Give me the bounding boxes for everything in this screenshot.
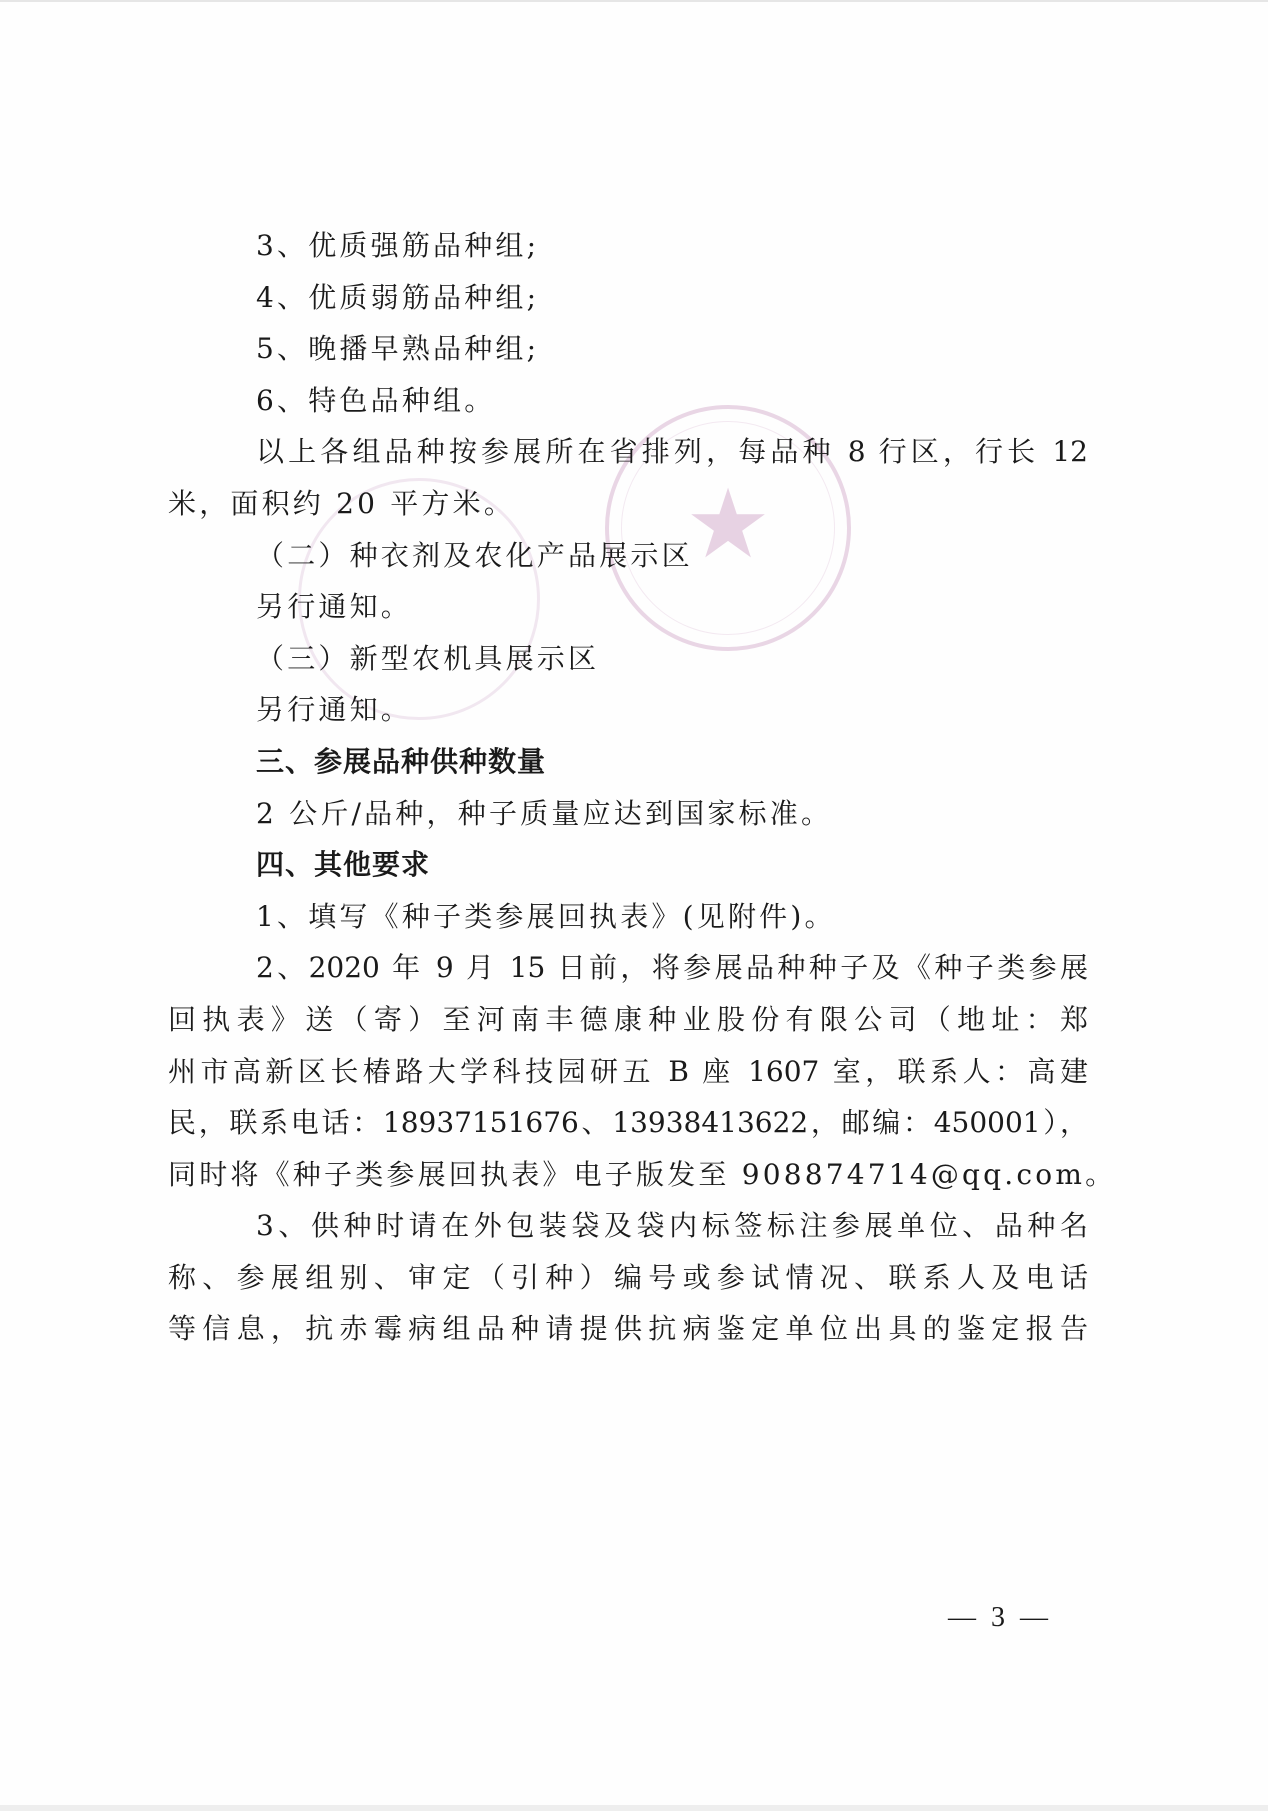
document-page: ★ 3、优质强筋品种组; 4、优质弱筋品种组; 5、晚播早熟品种组; 6、特色品… bbox=[0, 0, 1268, 1811]
page-number: — 3 — bbox=[948, 1598, 1052, 1638]
paragraph-line: 等信息，抗赤霉病组品种请提供抗病鉴定单位出具的鉴定报告 bbox=[168, 1303, 1088, 1355]
paragraph-line: 以上各组品种按参展所在省排列，每品种 8 行区，行长 12 bbox=[168, 426, 1088, 478]
paragraph-line: 回执表》送（寄）至河南丰德康种业股份有限公司（地址：郑 bbox=[168, 994, 1088, 1046]
paragraph-line: 民，联系电话：18937151676、13938413622，邮编：450001… bbox=[168, 1097, 1088, 1149]
list-item-group-3: 3、优质强筋品种组; bbox=[168, 220, 1088, 272]
paragraph-line: 3、供种时请在外包装袋及袋内标签标注参展单位、品种名 bbox=[168, 1200, 1088, 1252]
paragraph-line: 米，面积约 20 平方米。 bbox=[168, 478, 1088, 530]
paragraph-line: 称、参展组别、审定（引种）编号或参试情况、联系人及电话 bbox=[168, 1252, 1088, 1304]
scan-top-edge bbox=[0, 0, 1268, 2]
scan-bottom-edge bbox=[0, 1805, 1268, 1811]
paragraph-line: 2 公斤/品种，种子质量应达到国家标准。 bbox=[168, 788, 1088, 840]
subsection-title-seed-coating: （二）种衣剂及农化产品展示区 bbox=[168, 530, 1088, 582]
paragraph-line: 另行通知。 bbox=[168, 684, 1088, 736]
section-heading-other-requirements: 四、其他要求 bbox=[168, 839, 1088, 891]
section-heading-seed-quantity: 三、参展品种供种数量 bbox=[168, 736, 1088, 788]
paragraph-line-email: 同时将《种子类参展回执表》电子版发至 908874714@qq.com。 bbox=[168, 1149, 1088, 1201]
subsection-title-machinery: （三）新型农机具展示区 bbox=[168, 633, 1088, 685]
list-item-group-6: 6、特色品种组。 bbox=[168, 375, 1088, 427]
paragraph-line: 州市高新区长椿路大学科技园研五 B 座 1607 室，联系人：高建 bbox=[168, 1046, 1088, 1098]
paragraph-line: 1、填写《种子类参展回执表》(见附件)。 bbox=[168, 891, 1088, 943]
document-body: 3、优质强筋品种组; 4、优质弱筋品种组; 5、晚播早熟品种组; 6、特色品种组… bbox=[168, 220, 1088, 1355]
list-item-group-5: 5、晚播早熟品种组; bbox=[168, 323, 1088, 375]
paragraph-line: 2、2020 年 9 月 15 日前，将参展品种种子及《种子类参展 bbox=[168, 942, 1088, 994]
paragraph-line: 另行通知。 bbox=[168, 581, 1088, 633]
list-item-group-4: 4、优质弱筋品种组; bbox=[168, 272, 1088, 324]
